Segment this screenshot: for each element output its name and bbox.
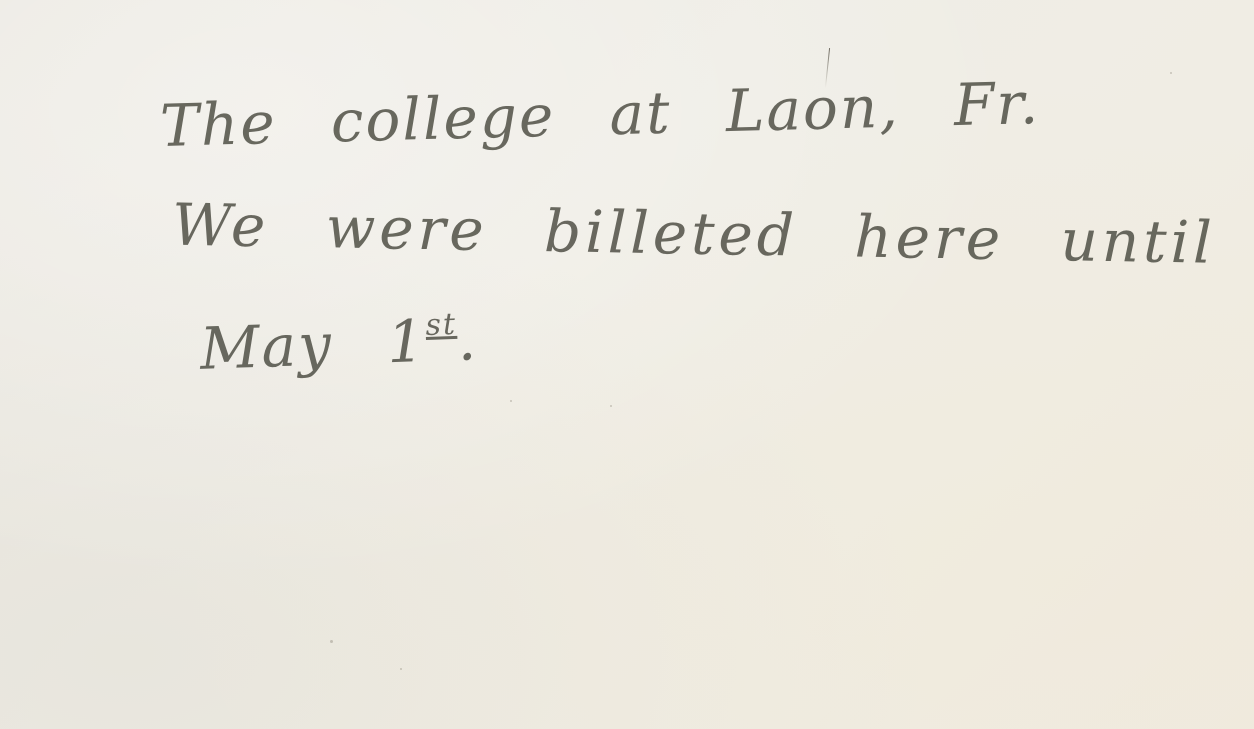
word: here bbox=[854, 203, 1005, 274]
paper-speck bbox=[510, 400, 512, 402]
word: May bbox=[199, 310, 334, 383]
word: until bbox=[1060, 206, 1216, 277]
handwritten-line-2: We were billeted here until bbox=[171, 191, 1250, 278]
paper-speck bbox=[400, 668, 402, 670]
word: The bbox=[159, 89, 277, 160]
postcard-back: The college at Laon, Fr. We were billete… bbox=[0, 0, 1254, 729]
word: Fr. bbox=[953, 69, 1041, 139]
handwritten-line-3: May 1st. bbox=[199, 305, 479, 383]
paper-speck bbox=[610, 405, 612, 407]
word: college bbox=[330, 82, 556, 156]
word: Laon, bbox=[725, 73, 901, 146]
trailing-punctuation: . bbox=[456, 305, 479, 374]
ordinal-suffix: st bbox=[425, 307, 458, 343]
word: We bbox=[171, 191, 269, 261]
word: at bbox=[609, 79, 673, 149]
word: billeted bbox=[544, 197, 799, 269]
paper-speck bbox=[1170, 72, 1172, 74]
word: were bbox=[325, 193, 488, 264]
date-day: 1 bbox=[386, 307, 427, 376]
handwritten-line-1: The college at Laon, Fr. bbox=[159, 68, 1075, 160]
paper-speck bbox=[330, 640, 333, 643]
